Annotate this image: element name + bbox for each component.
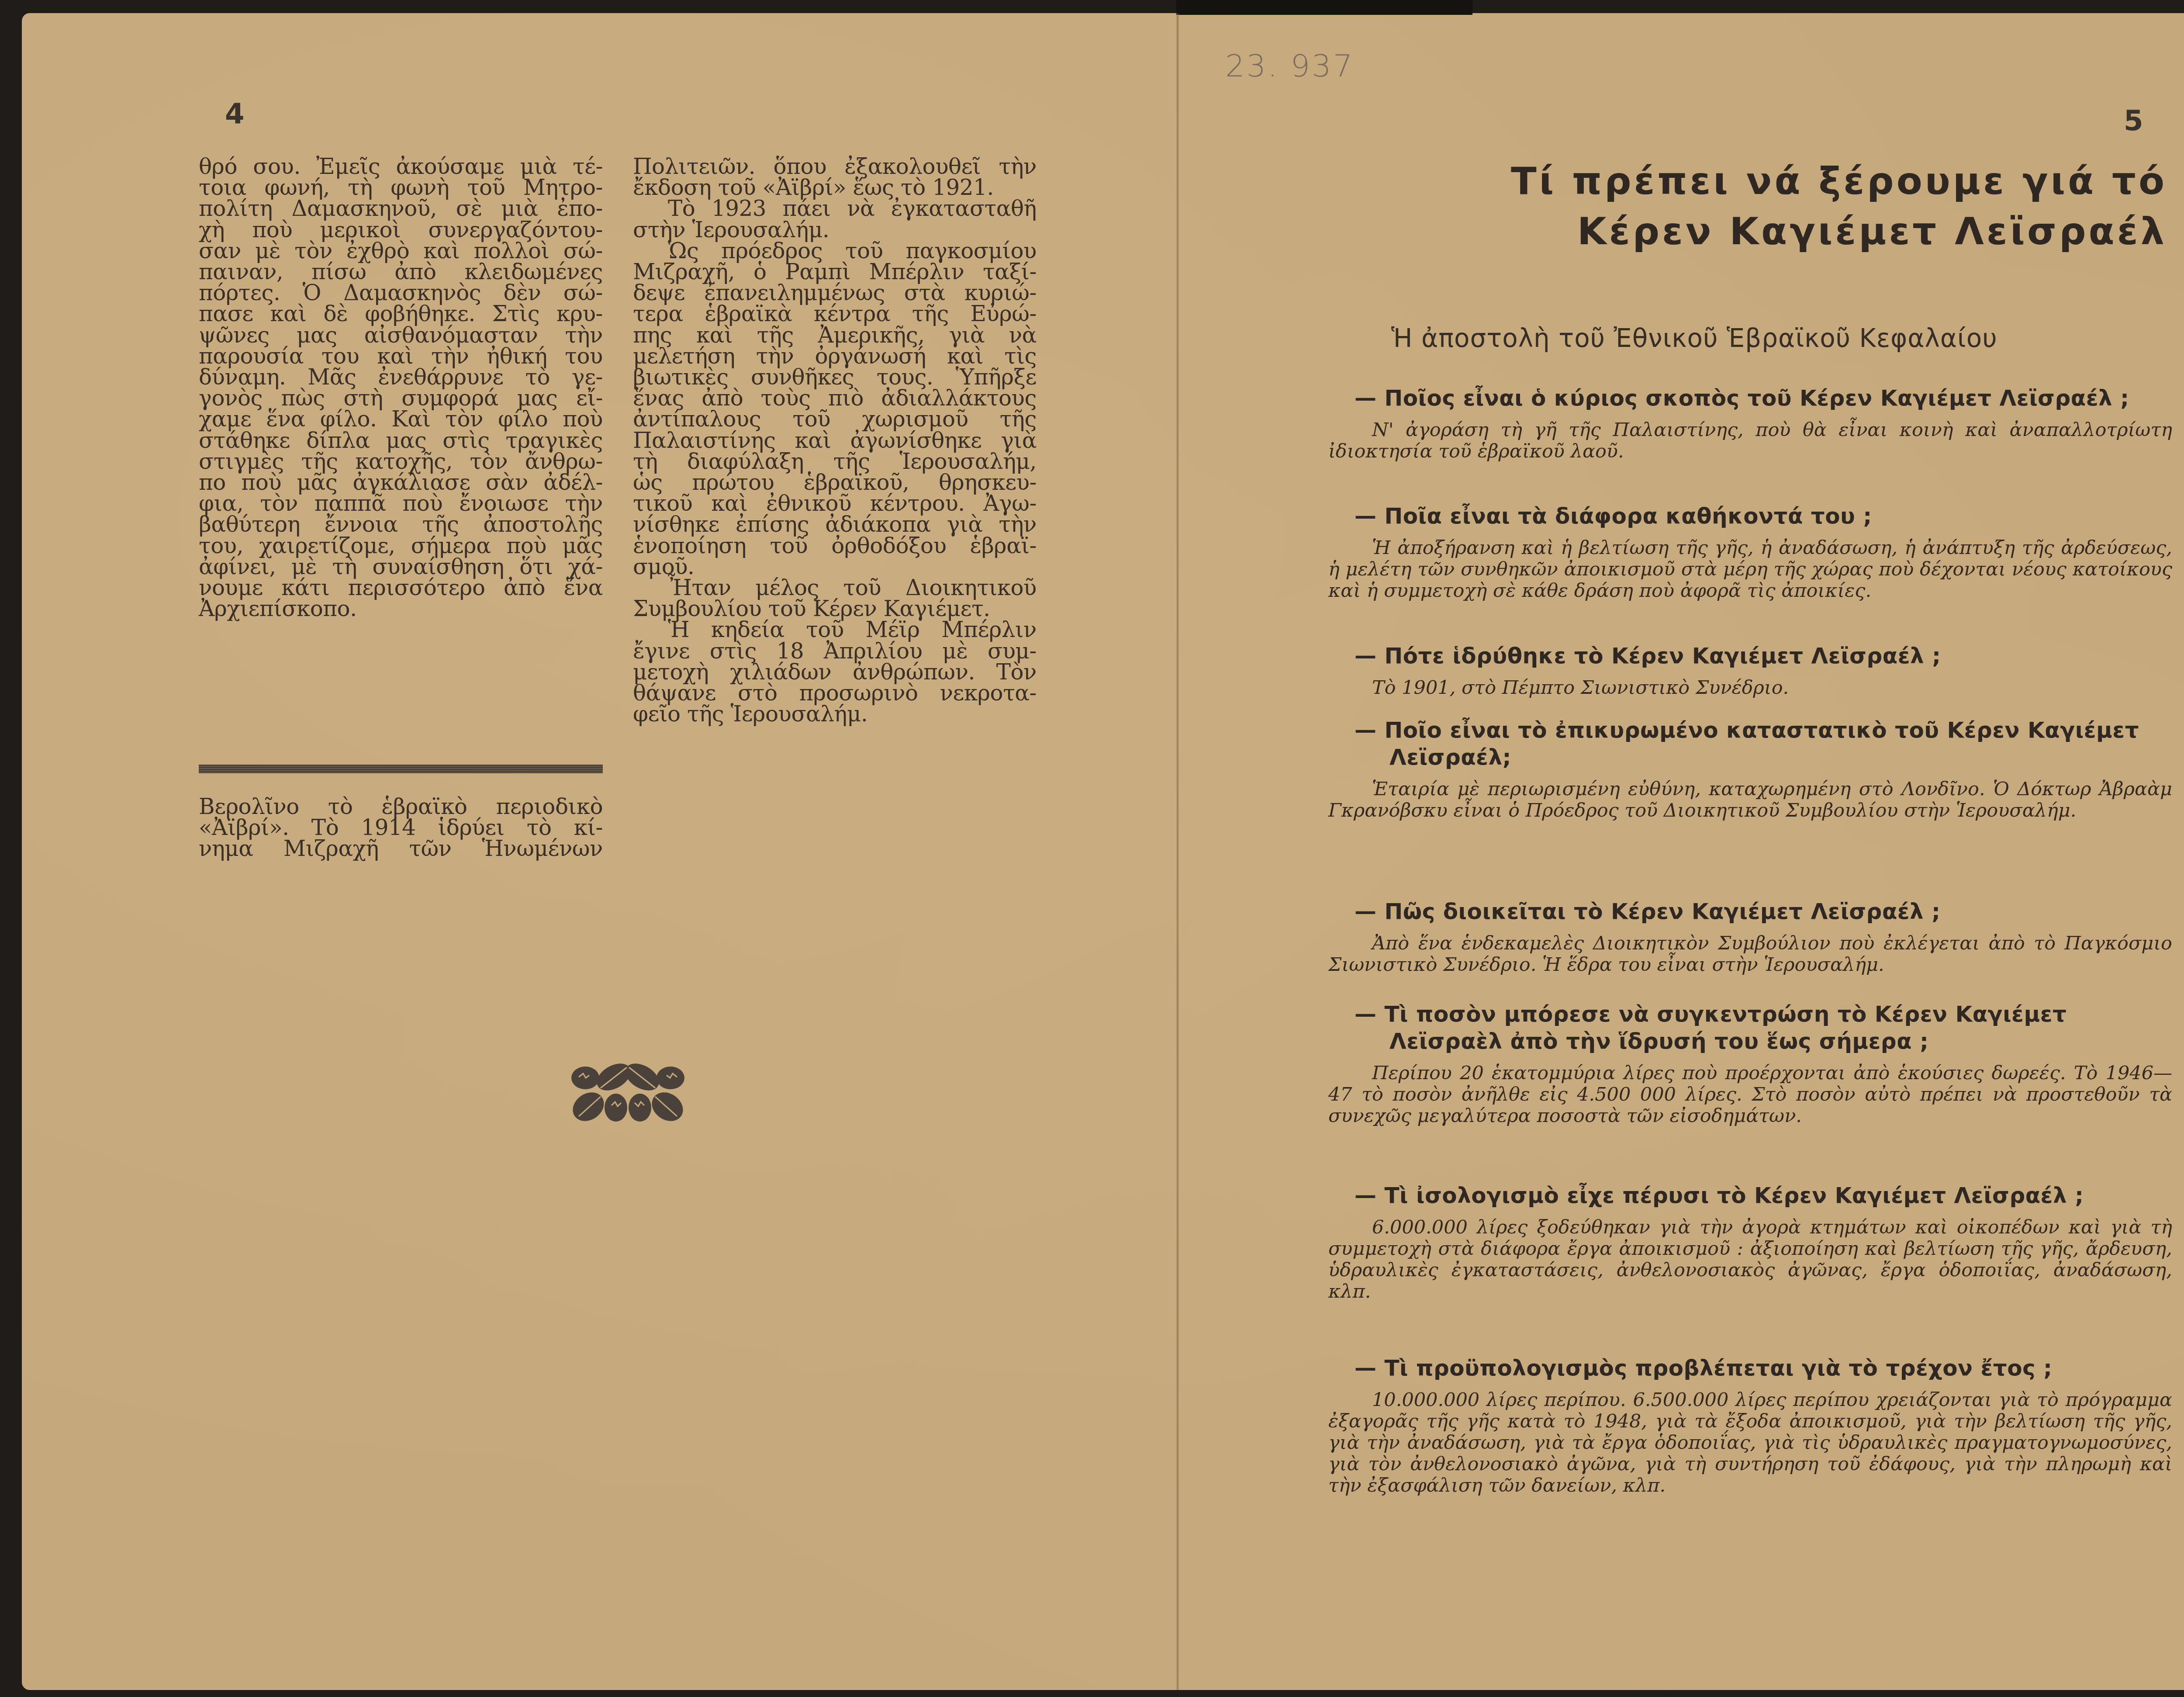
- qa-answer: Ἀπὸ ἕνα ἑνδεκαμελὲς Διοικητικὸν Συμβούλι…: [1328, 933, 2172, 976]
- text-line: Μιζραχῆ, ὁ Ραμπὶ Μπέρλιν ταξί-: [633, 261, 1037, 282]
- text-line: φεῖο τῆς Ἱερουσαλήμ.: [633, 703, 1037, 724]
- text-line: τὴ διαφύλαξη τῆς Ἱερουσαλήμ,: [633, 451, 1037, 472]
- qa-answer: Ν' ἀγοράση τὴ γῆ τῆς Παλαιστίνης, ποὺ θὰ…: [1328, 419, 2172, 462]
- text-line: στὴν Ἱερουσαλήμ.: [633, 219, 1037, 240]
- qa-answer: Ἡ ἀποξήρανση καὶ ἡ βελτίωση τῆς γῆς, ἡ ἀ…: [1328, 537, 2172, 602]
- qa-item: — Ποῖο εἶναι τὸ ἐπικυρωμένο καταστατικὸ …: [1328, 717, 2172, 821]
- text-line: χὴ ποὺ μερικοὶ συνεργαζόντου-: [199, 219, 603, 240]
- text-line: γονὸς πὼς στὴ συμφορά μας εἴ-: [199, 388, 603, 409]
- text-line: παιναν, πίσω ἀπὸ κλειδωμένες: [199, 261, 603, 282]
- text-line: βιωτικὲς συνθῆκες τους. Ὑπῆρξε: [633, 367, 1037, 388]
- qa-question: — Τὶ ἰσολογισμὸ εἶχε πέρυσι τὸ Κέρεν Καγ…: [1328, 1182, 2172, 1209]
- text-line: Πολιτειῶν. ὅπου ἐξακολουθεῖ τὴν: [633, 156, 1037, 177]
- left-column-1-continuation: Βερολῖνο τὸ ἑβραϊκὸ περιοδικὸ«Ἀϊβρί». Τὸ…: [199, 796, 603, 859]
- text-line: ψῶνες μας αἰσθανόμασταν τὴν: [199, 325, 603, 346]
- qa-question: — Ποῖος εἶναι ὁ κύριος σκοπὸς τοῦ Κέρεν …: [1328, 384, 2172, 412]
- text-line: ἀφίνει, μὲ τὴ συναίσθηση ὅτι χά-: [199, 556, 603, 577]
- handwritten-catalog-number: 23. 937: [1225, 48, 1354, 84]
- leaf-ornament-icon: [566, 1060, 690, 1125]
- text-line: Ὡς πρόεδρος τοῦ παγκοσμίου: [633, 240, 1037, 261]
- qa-item: — Ποῖος εἶναι ὁ κύριος σκοπὸς τοῦ Κέρεν …: [1328, 384, 2172, 462]
- text-line: νημα Μιζραχῆ τῶν Ἡνωμένων: [199, 838, 603, 859]
- qa-question: — Τὶ προϋπολογισμὸς προβλέπεται γιὰ τὸ τ…: [1328, 1354, 2172, 1382]
- text-line: στιγμὲς τῆς κατοχῆς, τὸν ἄνθρω-: [199, 451, 603, 472]
- left-column-1: θρό σου. Ἐμεῖς ἀκούσαμε μιὰ τέ-τοια φωνή…: [199, 156, 603, 619]
- text-line: πης καὶ τῆς Ἀμερικῆς, γιὰ νὰ: [633, 325, 1037, 346]
- text-line: Τὸ 1923 πάει νὰ ἐγκατασταθῆ: [633, 198, 1037, 219]
- text-line: Βερολῖνο τὸ ἑβραϊκὸ περιοδικὸ: [199, 796, 603, 817]
- text-line: ὡς πρώτου ἑβραϊκοῦ, θρησκευ-: [633, 472, 1037, 493]
- text-line: ἀντίπαλους τοῦ χωρισμοῦ τῆς: [633, 409, 1037, 429]
- text-line: μετοχὴ χιλιάδων ἀνθρώπων. Τὸν: [633, 661, 1037, 682]
- text-line: νίσθηκε ἐπίσης ἀδιάκοπα γιὰ τὴν: [633, 514, 1037, 535]
- text-line: Ἦταν μέλος τοῦ Διοικητικοῦ: [633, 577, 1037, 598]
- qa-answer: Τὸ 1901, στὸ Πέμπτο Σιωνιστικὸ Συνέδριο.: [1328, 677, 2172, 699]
- qa-answer: 10.000.000 λίρες περίπου. 6.500.000 λίρε…: [1328, 1389, 2172, 1496]
- qa-question: — Ποῖο εἶναι τὸ ἐπικυρωμένο καταστατικὸ …: [1328, 717, 2172, 771]
- text-line: χαμε ἕνα φίλο. Καὶ τὸν φίλο ποὺ: [199, 409, 603, 429]
- text-line: πο ποὺ μᾶς ἀγκάλιασε σὰν ἀδέλ-: [199, 472, 603, 493]
- qa-item: — Πῶς διοικεῖται τὸ Κέρεν Καγιέμετ Λεϊσρ…: [1328, 898, 2172, 976]
- text-line: Παλαιστίνης καὶ ἀγωνίσθηκε γιὰ: [633, 430, 1037, 451]
- qa-question: — Ποῖα εἶναι τὰ διάφορα καθήκοντά του ;: [1328, 502, 2172, 530]
- page-title-line-2: Κέρεν Καγιέμετ Λεϊσραέλ: [1577, 210, 2167, 253]
- text-line: παρουσία του καὶ τὴν ἠθική του: [199, 346, 603, 367]
- text-line: «Ἀϊβρί». Τὸ 1914 ἱδρύει τὸ κί-: [199, 817, 603, 838]
- qa-answer: Ἑταιρία μὲ περιωρισμένη εὐθύνη, καταχωρη…: [1328, 779, 2172, 821]
- section-subtitle: Ἡ ἀποστολὴ τοῦ Ἐθνικοῦ Ἑβραϊκοῦ Κεφαλαίο…: [1391, 323, 1997, 353]
- text-line: στάθηκε δίπλα μας στὶς τραγικὲς: [199, 430, 603, 451]
- text-line: φια, τὸν παππᾶ ποὺ ἔνοιωσε τὴν: [199, 493, 603, 514]
- qa-answer: 6.000.000 λίρες ξοδεύθηκαν γιὰ τὴν ἀγορὰ…: [1328, 1217, 2172, 1302]
- section-divider-rule: [199, 765, 603, 773]
- qa-question: — Πῶς διοικεῖται τὸ Κέρεν Καγιέμετ Λεϊσρ…: [1328, 898, 2172, 925]
- qa-item: — Ποῖα εἶναι τὰ διάφορα καθήκοντά του ; …: [1328, 502, 2172, 602]
- qa-item: — Τὶ ποσὸν μπόρεσε νὰ συγκεντρώση τὸ Κέρ…: [1328, 1001, 2172, 1127]
- text-line: πόρτες. Ὁ Δαμασκηνὸς δὲν σώ-: [199, 282, 603, 303]
- text-line: δύναμη. Μᾶς ἐνεθάρρυνε τὸ γε-: [199, 367, 603, 388]
- qa-item: — Πότε ἱδρύθηκε τὸ Κέρεν Καγιέμετ Λεϊσρα…: [1328, 642, 2172, 699]
- qa-item: — Τὶ προϋπολογισμὸς προβλέπεται γιὰ τὸ τ…: [1328, 1354, 2172, 1496]
- text-line: ἕνας ἀπὸ τοὺς πιὸ ἀδιαλλάκτους: [633, 388, 1037, 409]
- qa-question: — Πότε ἱδρύθηκε τὸ Κέρεν Καγιέμετ Λεϊσρα…: [1328, 642, 2172, 669]
- text-line: σμοῦ.: [633, 556, 1037, 577]
- text-line: ἔκδοση τοῦ «Ἀϊβρί» ἕως τὸ 1921.: [633, 177, 1037, 198]
- text-line: τερα ἑβραϊκὰ κέντρα τῆς Εὐρώ-: [633, 303, 1037, 324]
- text-line: πολίτη Δαμασκηνοῦ, σὲ μιὰ ἐπο-: [199, 198, 603, 219]
- page-title-line-1: Τί πρέπει νά ξέρουμε γιά τό: [1511, 159, 2167, 203]
- qa-answer: Περίπου 20 ἑκατομμύρια λίρες ποὺ προέρχο…: [1328, 1063, 2172, 1127]
- page-number-left: 4: [225, 98, 245, 131]
- text-line: βαθύτερη ἔννοια τῆς ἀποστολῆς: [199, 514, 603, 535]
- text-line: δεψε ἐπανειλημμένως στὰ κυριώ-: [633, 282, 1037, 303]
- text-line: θάψανε στὸ προσωρινὸ νεκροτα-: [633, 682, 1037, 703]
- page-number-right: 5: [2124, 105, 2143, 137]
- text-line: Ἡ κηδεία τοῦ Μέϊρ Μπέρλιν: [633, 619, 1037, 640]
- text-line: Ἀρχιεπίσκοπο.: [199, 598, 603, 619]
- text-line: του, χαιρετίζομε, σήμερα ποὺ μᾶς: [199, 535, 603, 556]
- text-line: τικοῦ καὶ ἐθνικοῦ κέντρου. Ἀγω-: [633, 493, 1037, 514]
- text-line: μελετήση τὴν ὀργάνωσή καὶ τὶς: [633, 346, 1037, 367]
- text-line: τοια φωνή, τὴ φωνὴ τοῦ Μητρο-: [199, 177, 603, 198]
- text-line: νουμε κάτι περισσότερο ἀπὸ ἕνα: [199, 577, 603, 598]
- qa-item: — Τὶ ἰσολογισμὸ εἶχε πέρυσι τὸ Κέρεν Καγ…: [1328, 1182, 2172, 1302]
- text-line: σαν μὲ τὸν ἐχθρὸ καὶ πολλοὶ σώ-: [199, 240, 603, 261]
- page-gutter: [1176, 13, 1179, 1690]
- left-column-2: Πολιτειῶν. ὅπου ἐξακολουθεῖ τὴνἔκδοση το…: [633, 156, 1037, 724]
- scan-background-strip: [1176, 0, 1472, 15]
- qa-question: — Τὶ ποσὸν μπόρεσε νὰ συγκεντρώση τὸ Κέρ…: [1328, 1001, 2172, 1055]
- text-line: πασε καὶ δὲ φοβήθηκε. Στὶς κρυ-: [199, 303, 603, 324]
- text-line: θρό σου. Ἐμεῖς ἀκούσαμε μιὰ τέ-: [199, 156, 603, 177]
- text-line: ἑνοποίηση τοῦ ὀρθοδόξου ἑβραϊ-: [633, 535, 1037, 556]
- text-line: ἔγινε στὶς 18 Ἀπριλίου μὲ συμ-: [633, 641, 1037, 661]
- text-line: Συμβουλίου τοῦ Κέρεν Καγιέμετ.: [633, 598, 1037, 619]
